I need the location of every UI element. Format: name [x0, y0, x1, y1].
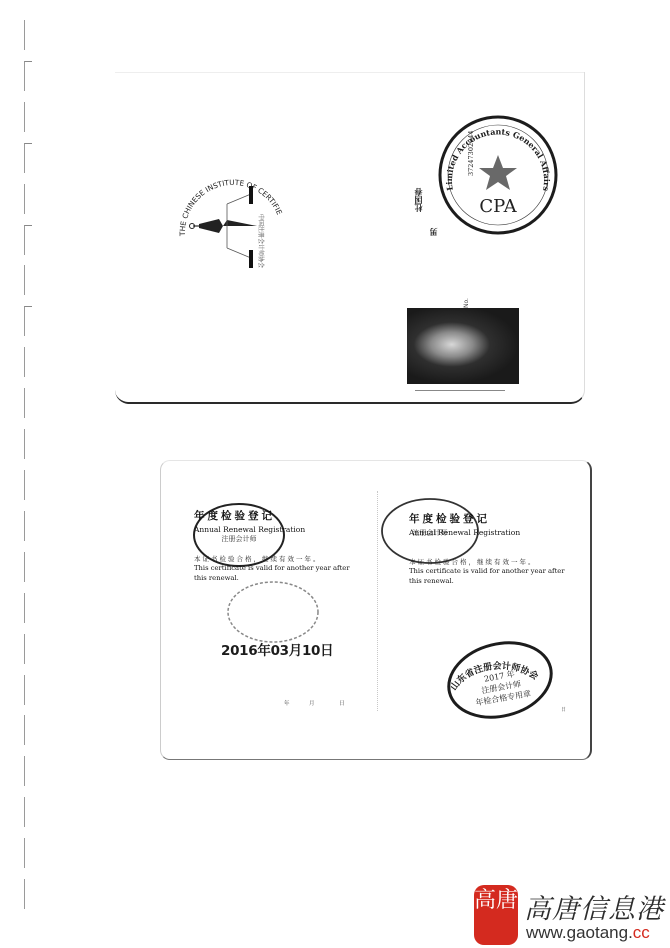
binding-mark	[24, 20, 32, 50]
binding-mark	[24, 715, 32, 745]
binding-mark	[24, 429, 32, 459]
binding-mark	[24, 511, 32, 541]
renewal-title-cn: 年度检验登记	[194, 508, 364, 523]
svg-text:THE CHINESE INSTITUTE OF CERTI: THE CHINESE INSTITUTE OF CERTIFIED PUBLI…	[167, 164, 284, 237]
renewal-pages-card: 注册会计师 年度检验登记 Annual Renewal Registration…	[160, 460, 592, 760]
binding-mark	[24, 388, 32, 418]
renewal-body-en-1: This certificate is valid for another ye…	[194, 564, 364, 573]
binding-mark	[24, 593, 32, 623]
binding-mark	[24, 675, 32, 705]
binding-mark	[24, 61, 32, 91]
renewal-body-cn: 本证书检验合格，继续有效一年。	[194, 554, 364, 563]
binding-marks	[22, 20, 36, 930]
cicpa-logo: THE CHINESE INSTITUTE OF CERTIFIED PUBLI…	[167, 164, 297, 294]
renewal-title-cn: 年度检验登记	[409, 511, 579, 526]
binding-mark	[24, 879, 32, 909]
logo-text-top: THE CHINESE INSTITUTE OF CERTIFIED PUBLI…	[167, 164, 284, 237]
watermark-site-name: 高唐信息港	[524, 887, 664, 926]
binding-mark	[24, 184, 32, 214]
renewal-body-en-1: This certificate is valid for another ye…	[409, 567, 579, 576]
watermark-url-tld: cc	[633, 923, 650, 942]
date-labels-right: 日	[561, 707, 566, 713]
binding-mark	[24, 225, 32, 255]
binding-mark	[24, 143, 32, 173]
binding-mark	[24, 552, 32, 582]
holder-name: 杜国春	[413, 188, 424, 212]
faded-oval-stamp	[225, 579, 321, 645]
binding-mark	[24, 838, 32, 868]
holder-photo	[407, 308, 519, 384]
renewal-date-stamp: 2016年03月10日	[221, 639, 333, 659]
binding-mark	[24, 102, 32, 132]
page-fold	[377, 491, 378, 711]
binding-mark	[24, 265, 32, 295]
photo-caption-line	[415, 390, 505, 391]
date-label-day: 日	[339, 701, 345, 707]
holder-sex: 男	[428, 228, 439, 236]
date-label-month: 月	[309, 701, 315, 707]
binding-mark	[24, 756, 32, 786]
svg-text:中国注册会计师协会: 中国注册会计师协会	[257, 214, 265, 268]
svg-text:CPA: CPA	[479, 196, 517, 217]
binding-mark	[24, 347, 32, 377]
firm-seal: Limited Accountants General Affairs Inst…	[433, 110, 563, 240]
renewal-title-en: Annual Renewal Registration	[409, 528, 579, 537]
svg-text:37247302044: 37247302044	[467, 131, 475, 177]
binding-mark	[24, 470, 32, 500]
gaotang-seal-logo: 高唐	[474, 885, 518, 945]
binding-mark	[24, 306, 32, 336]
renewal-title-en: Annual Renewal Registration	[194, 525, 364, 534]
renewal-body-en-2: this renewal.	[409, 577, 579, 586]
renewal-left: 年度检验登记 Annual Renewal Registration 本证书检验…	[194, 508, 364, 583]
watermark-url-main: www.gaotang.	[526, 923, 633, 942]
binding-mark	[24, 634, 32, 664]
renewal-right: 年度检验登记 Annual Renewal Registration 本证书检验…	[409, 511, 579, 586]
site-watermark: 高唐 高唐信息港 www.gaotang.cc	[474, 885, 670, 945]
card-edge	[115, 72, 584, 73]
provincial-association-seal: 山东省注册会计师协会 2017 年 注册会计师 年检合格专用章	[445, 641, 555, 719]
id-page-card: THE CHINESE INSTITUTE OF CERTIFIED PUBLI…	[115, 72, 585, 404]
date-label-year: 年	[284, 701, 290, 707]
renewal-body-cn: 本证书检验合格，继续有效一年。	[409, 557, 579, 566]
binding-mark	[24, 797, 32, 827]
watermark-url: www.gaotang.cc	[526, 923, 650, 943]
